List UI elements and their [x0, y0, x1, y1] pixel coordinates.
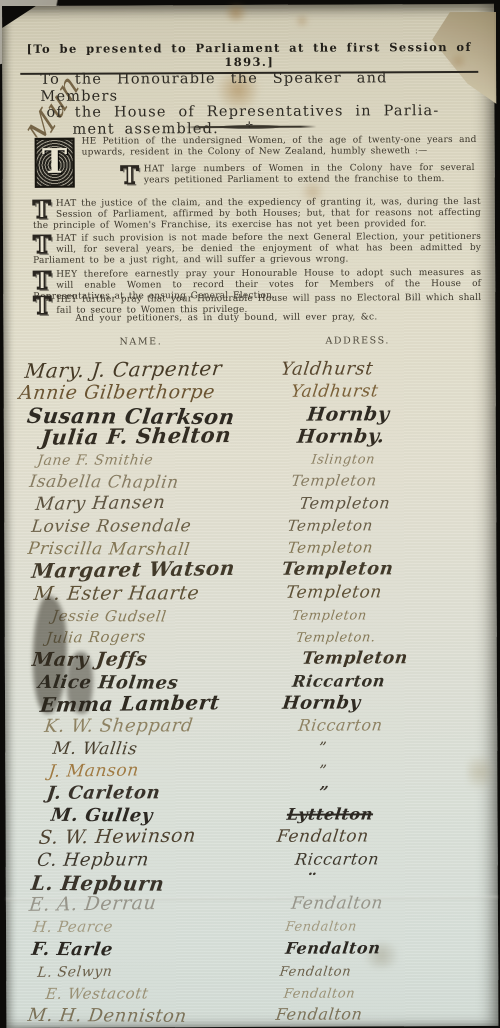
signature-row: Lovise RosendaleTempleton	[18, 514, 486, 538]
drop-cap-icon: T	[33, 270, 51, 292]
scan-background: Mun [To be presented to Parliament at th…	[0, 0, 500, 1028]
signature-address: Riccarton	[297, 714, 384, 737]
signature-name: Mary. J. Carpenter	[24, 357, 224, 382]
paragraph-text: HAT the justice of the claim, and the ex…	[33, 197, 481, 231]
signature-address: Hornby.	[296, 425, 386, 448]
signature-address: Fendalton	[284, 937, 382, 960]
signature-name: Julia F. Shelton	[40, 424, 232, 449]
signature-row: E. WestacottFendalton	[20, 981, 488, 1005]
signature-row: L. Hepburn¨	[20, 870, 488, 894]
petition-paragraph: THAT if such provision is not made befor…	[33, 232, 481, 268]
stain	[294, 15, 310, 27]
signature-address: Fendalton	[290, 892, 384, 915]
signature-address: Fendalton	[274, 1004, 363, 1027]
signature-row: Isabella ChaplinTempleton	[18, 469, 486, 493]
signature-name: J. Manson	[47, 759, 140, 783]
signature-address: Templeton	[290, 470, 378, 493]
signature-row: M. Wallis”	[19, 736, 487, 760]
signature-row: Priscilla MarshallTempleton	[18, 536, 486, 560]
signature-row: Margaret WatsonTempleton	[18, 558, 486, 582]
signature-address: Lyttelton	[286, 803, 375, 826]
signature-row: M. Ester HaarteTempleton	[19, 580, 487, 604]
signature-address: ”	[317, 781, 329, 803]
signature-address: ”	[317, 759, 328, 781]
signature-name: E. A. Derrau	[28, 892, 158, 916]
signature-name: M. Wallis	[51, 738, 139, 761]
signature-row: Jane F. SmithieIslington	[18, 447, 486, 471]
signature-address: Templeton	[286, 536, 374, 559]
closing-line: And your petitioners, as in duty bound, …	[75, 312, 377, 323]
signature-address: ¨	[304, 870, 316, 892]
signature-name: M. Gulley	[50, 805, 155, 828]
signature-address: Templeton	[301, 647, 409, 670]
signature-address: Riccarton	[294, 848, 381, 871]
signature-address: Hornby	[281, 692, 362, 715]
signature-row: Mary HansenTempleton	[18, 491, 486, 515]
signature-address: Templeton	[298, 492, 391, 515]
signature-row: Julia F. SheltonHornby.	[18, 425, 486, 449]
signature-row: Annie GilberthorpeYaldhurst	[18, 380, 486, 404]
column-headers: NAME. ADDRESS.	[3, 335, 495, 349]
corner-shadow	[2, 6, 36, 28]
signature-row: C. HepburnRiccarton	[20, 847, 488, 871]
signature-row: S. W. HewinsonFendalton	[20, 825, 488, 849]
title-line: of the House of Representatives in Parli…	[46, 103, 476, 121]
signature-address: Fendalton	[284, 917, 358, 940]
signature-address: Templeton	[281, 559, 395, 582]
signature-row: M. H. DennistonFendalton	[20, 1003, 488, 1027]
stain	[222, 5, 250, 21]
ornament-divider: ✛	[185, 124, 317, 131]
signature-address: Yaldhurst	[290, 381, 380, 404]
signature-address: Hornby	[306, 403, 391, 426]
paragraph-text: HAT large numbers of Women in the Colony…	[144, 163, 475, 186]
drop-cap-icon: T	[33, 199, 51, 221]
signature-name: L. Selwyn	[36, 960, 113, 983]
signature-name: K. W. Sheppard	[43, 715, 194, 738]
signature-name: Jessie Gudsell	[51, 605, 168, 628]
signature-row: Jessie GudsellTempleton	[19, 603, 487, 627]
signature-address: Yaldhurst	[280, 358, 375, 381]
paragraph-text: HE Petition of the undersigned Women, of…	[82, 135, 477, 158]
signature-address: Templeton	[286, 514, 374, 537]
drop-cap-icon: T	[33, 295, 51, 317]
signature-row: J. Carleton”	[19, 781, 487, 805]
signature-address: Fendalton	[276, 826, 370, 849]
signature-address: Fendalton	[278, 961, 352, 984]
signature-name: M. H. Denniston	[26, 1005, 188, 1028]
signature-row: Mary. J. CarpenterYaldhurst	[18, 358, 486, 382]
drop-cap-icon: T	[35, 138, 75, 188]
signature-row: E. A. DerrauFendalton	[20, 892, 488, 916]
signature-row: M. GulleyLyttelton	[19, 803, 487, 827]
signature-row: L. SelwynFendalton	[20, 959, 488, 983]
signature-row: Julia RogersTempleton.	[19, 625, 487, 649]
drop-cap-icon: T	[33, 234, 51, 256]
divider-cross-icon: ✛	[246, 121, 254, 131]
signature-name: Lovise Rosendale	[30, 515, 192, 538]
signature-row: K. W. SheppardRiccarton	[19, 714, 487, 738]
signature-name: Mary Hansen	[34, 491, 166, 515]
name-column-header: NAME.	[119, 336, 162, 347]
petition-paragraph: THAT large numbers of Women in the Colon…	[121, 163, 475, 187]
petition-page: Mun [To be presented to Parliament at th…	[2, 4, 498, 1028]
signature-row: J. Manson”	[19, 758, 487, 782]
signature-row: Susann ClarksonHornby	[18, 402, 486, 426]
signature-name: Annie Gilberthorpe	[18, 381, 217, 404]
signature-address: Riccarton	[291, 670, 386, 693]
signature-name: Jane F. Smithie	[36, 449, 155, 472]
signature-row: F. EarleFendalton	[20, 936, 488, 960]
paragraph-text: HAT if such provision is not made before…	[33, 232, 481, 266]
signature-address: ”	[317, 737, 328, 759]
signature-address: Templeton	[291, 605, 368, 628]
ink-blot	[67, 652, 93, 714]
address-column-header: ADDRESS.	[325, 335, 390, 346]
signature-row: H. PearceFendalton	[20, 914, 488, 938]
title-line: To the Honourable the Speaker and Member…	[40, 70, 476, 105]
signature-name: Margaret Watson	[31, 557, 237, 582]
signature-name: E. Westacott	[44, 982, 150, 1005]
signature-name: S. W. Hewinson	[38, 825, 198, 850]
signature-address: Templeton	[285, 581, 384, 604]
signature-name: C. Hepburn	[36, 849, 150, 872]
signature-name: F. Earle	[30, 938, 114, 961]
signature-name: H. Pearce	[32, 916, 114, 939]
petition-paragraph: THAT the justice of the claim, and the e…	[33, 197, 481, 233]
drop-cap-icon: T	[121, 164, 139, 186]
signature-name: Isabella Chaplin	[28, 471, 180, 494]
signature-name: J. Carleton	[45, 782, 161, 805]
